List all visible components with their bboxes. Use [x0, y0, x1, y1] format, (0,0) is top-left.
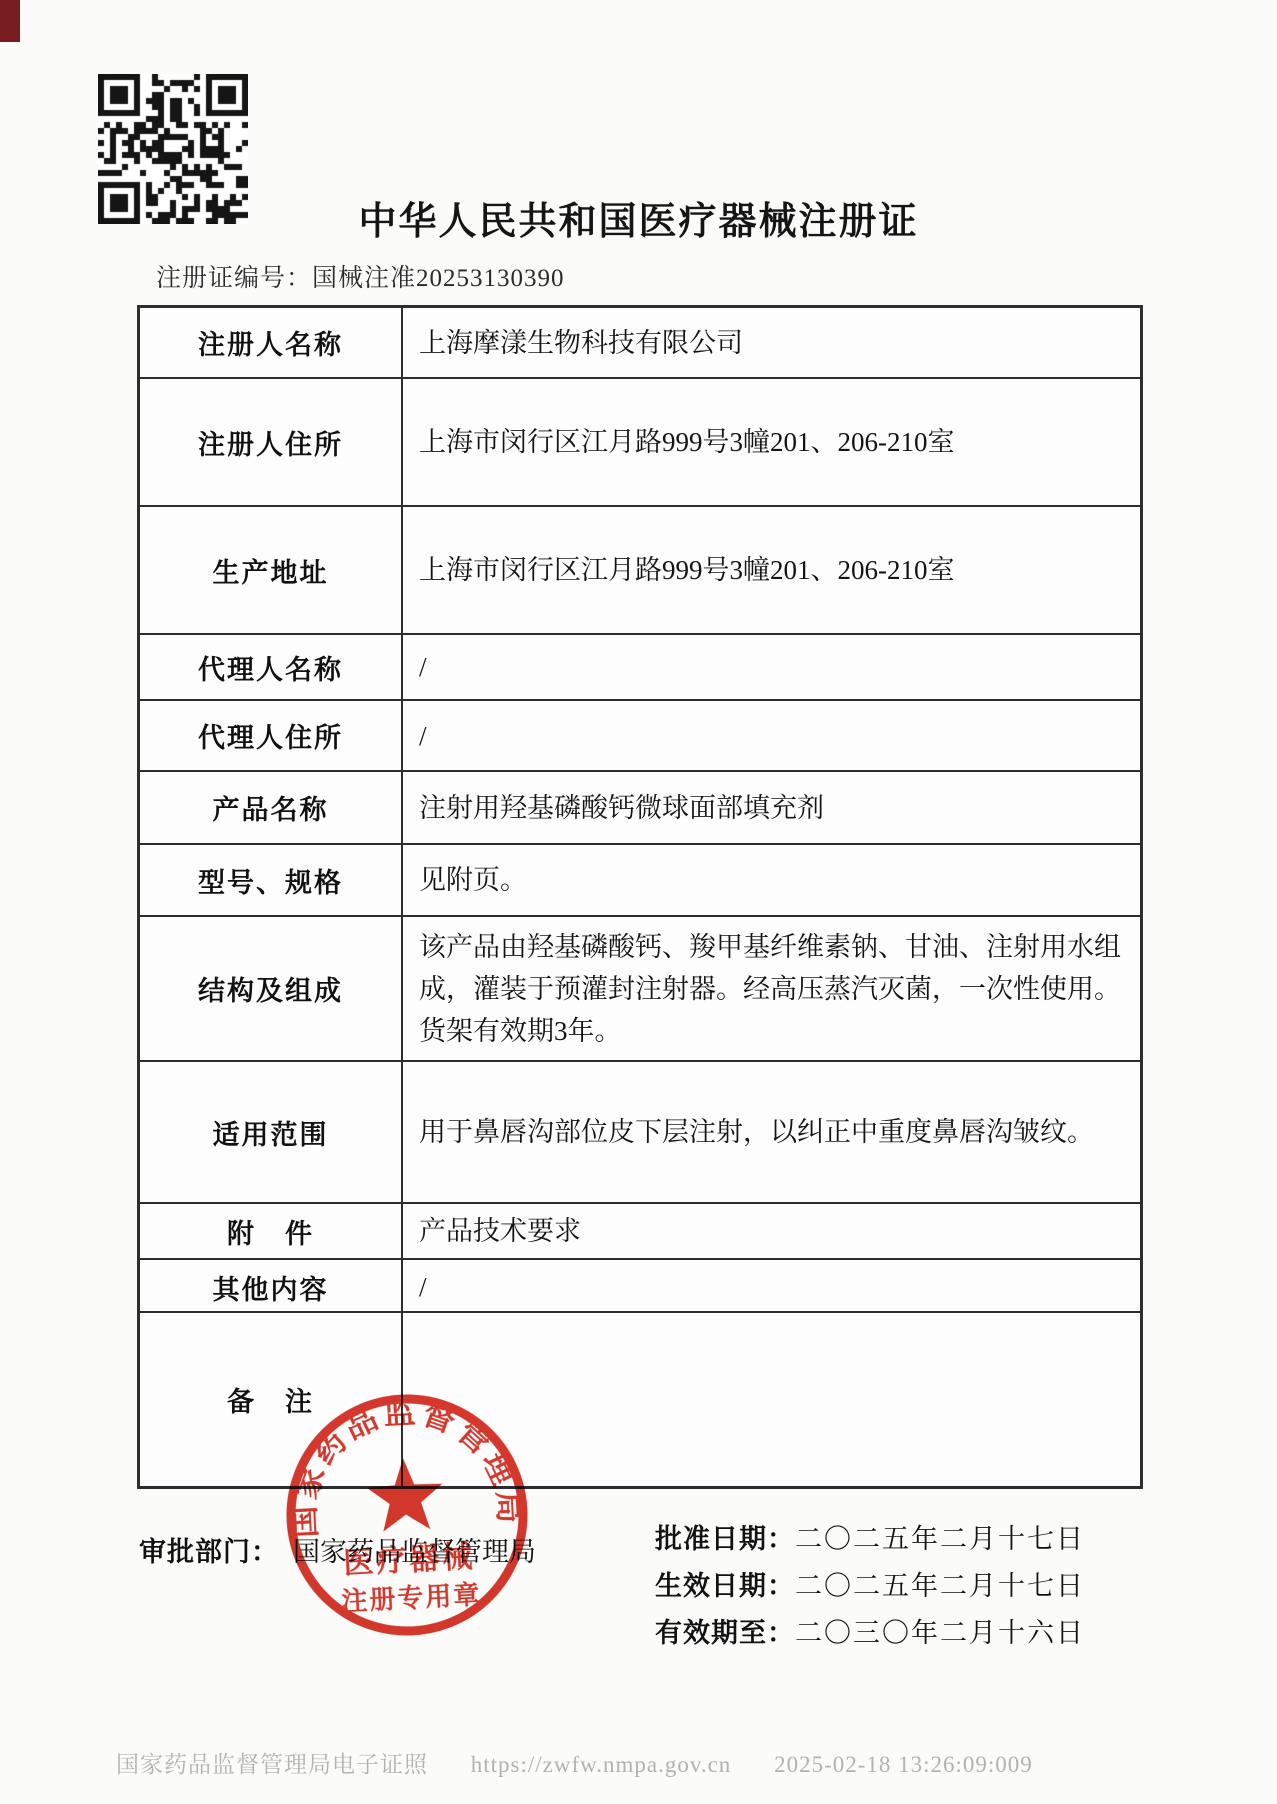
table-row-attachment: 附 件 产品技术要求: [140, 1204, 1140, 1260]
table-row-other-content: 其他内容 /: [140, 1260, 1140, 1313]
table-row-structure-composition: 结构及组成 该产品由羟基磷酸钙、羧甲基纤维素钠、甘油、注射用水组成，灌装于预灌封…: [140, 917, 1140, 1062]
table-row-model-spec: 型号、规格 见附页。: [140, 845, 1140, 917]
seal-center-line1: 医疗器械: [343, 1541, 477, 1581]
row-value: 用于鼻唇沟部位皮下层注射，以纠正中重度鼻唇沟皱纹。: [403, 1062, 1140, 1202]
certificate-table: 注册人名称 上海摩漾生物科技有限公司 注册人住所 上海市闵行区江月路999号3幢…: [137, 305, 1143, 1489]
row-label: 其他内容: [140, 1260, 403, 1314]
effective-date-value: 二〇二五年二月十七日: [795, 1571, 1085, 1601]
row-label: 型号、规格: [140, 845, 403, 915]
expiry-date-line: 有效期至：二〇三〇年二月十六日: [655, 1610, 1085, 1657]
registration-number-line: 注册证编号：国械注准20253130390: [156, 258, 565, 294]
effective-date-label: 生效日期：: [655, 1571, 795, 1601]
footer-line: 国家药品监督管理局电子证照 https://zwfw.nmpa.gov.cn 2…: [116, 1746, 1033, 1779]
row-label: 产品名称: [140, 772, 403, 843]
approval-date-label: 批准日期：: [655, 1524, 795, 1554]
row-label: 注册人住所: [140, 379, 403, 505]
footer-timestamp: 2025-02-18 13:26:09:009: [774, 1752, 1033, 1777]
registration-number-value: 国械注准20253130390: [312, 265, 565, 292]
page-title: 中华人民共和国医疗器械注册证: [0, 190, 1277, 245]
approval-department-label: 审批部门：: [139, 1537, 279, 1567]
footer-url: https://zwfw.nmpa.gov.cn: [471, 1752, 732, 1777]
row-value: 上海市闵行区江月路999号3幢201、206-210室: [403, 507, 1140, 633]
seal-center-line2: 注册专用章: [341, 1579, 482, 1616]
row-value: 该产品由羟基磷酸钙、羧甲基纤维素钠、甘油、注射用水组成，灌装于预灌封注射器。经高…: [403, 917, 1140, 1060]
row-value: 注射用羟基磷酸钙微球面部填充剂: [403, 772, 1140, 843]
table-row-intended-use: 适用范围 用于鼻唇沟部位皮下层注射，以纠正中重度鼻唇沟皱纹。: [140, 1062, 1140, 1204]
table-row-agent-name: 代理人名称 /: [140, 635, 1140, 701]
seal-graphic: 国家药品监督管理局 医疗器械 注册专用章: [271, 1379, 542, 1650]
corner-mark: [0, 0, 20, 42]
approval-date-value: 二〇二五年二月十七日: [795, 1524, 1085, 1554]
row-label: 生产地址: [140, 507, 403, 633]
table-row-product-name: 产品名称 注射用羟基磷酸钙微球面部填充剂: [140, 772, 1140, 845]
footer-issuer: 国家药品监督管理局电子证照: [116, 1752, 428, 1777]
registration-number-label: 注册证编号：: [156, 265, 312, 292]
table-row-registrant-address: 注册人住所 上海市闵行区江月路999号3幢201、206-210室: [140, 379, 1140, 507]
table-row-production-address: 生产地址 上海市闵行区江月路999号3幢201、206-210室: [140, 507, 1140, 635]
star-icon: [365, 1456, 445, 1532]
row-label: 适用范围: [140, 1062, 403, 1202]
expiry-date-label: 有效期至：: [655, 1618, 795, 1648]
row-value: 见附页。: [403, 845, 1140, 915]
row-label: 代理人住所: [140, 701, 403, 770]
official-seal: 国家药品监督管理局 医疗器械 注册专用章: [271, 1379, 542, 1650]
row-label: 注册人名称: [140, 308, 403, 377]
row-label: 结构及组成: [140, 917, 403, 1060]
effective-date-line: 生效日期：二〇二五年二月十七日: [655, 1563, 1085, 1610]
row-value: /: [403, 1260, 1140, 1314]
approval-date-line: 批准日期：二〇二五年二月十七日: [655, 1516, 1085, 1563]
row-value: /: [403, 701, 1140, 770]
row-value: 上海摩漾生物科技有限公司: [403, 308, 1140, 377]
row-label: 代理人名称: [140, 635, 403, 699]
row-label: 附 件: [140, 1204, 403, 1258]
row-value: /: [403, 635, 1140, 699]
expiry-date-value: 二〇三〇年二月十六日: [795, 1618, 1085, 1648]
table-row-agent-address: 代理人住所 /: [140, 701, 1140, 772]
dates-block: 批准日期：二〇二五年二月十七日 生效日期：二〇二五年二月十七日 有效期至：二〇三…: [655, 1516, 1085, 1657]
row-value: 上海市闵行区江月路999号3幢201、206-210室: [403, 379, 1140, 505]
row-value: 产品技术要求: [403, 1204, 1140, 1258]
table-row-registrant-name: 注册人名称 上海摩漾生物科技有限公司: [140, 308, 1140, 379]
